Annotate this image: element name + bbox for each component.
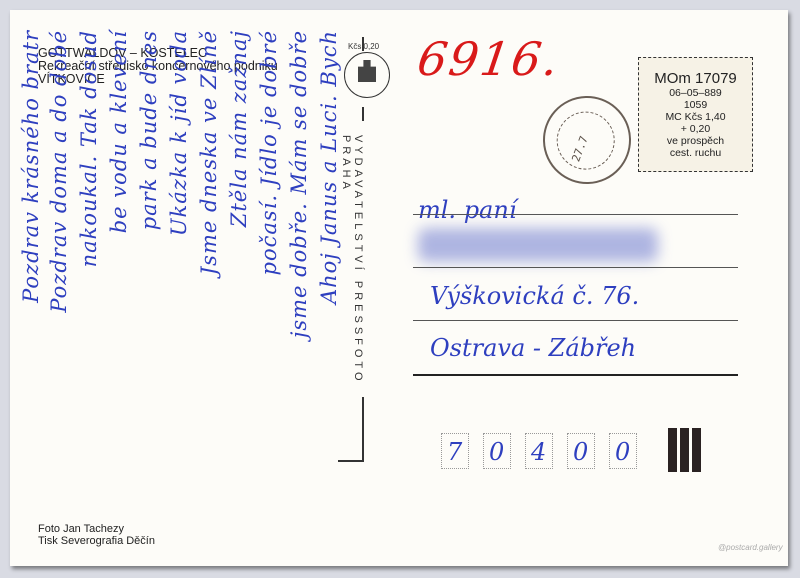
message-line: jsme dobře. Mám se dobře: [287, 30, 311, 338]
message-line: Jsme dneska ve Zlíně: [197, 30, 221, 275]
message-line: Pozdrav doma a do dobé: [47, 30, 71, 313]
message-line: počasí. Jídlo je dobré: [257, 30, 281, 275]
stamp-line: + 0,20: [639, 123, 752, 135]
zip-digit: 7: [447, 438, 462, 466]
emblem-value: Kčs 0,20: [348, 42, 379, 51]
address-salutation: ml. paní: [418, 196, 517, 224]
message-line: be vodu a klevení: [107, 30, 131, 233]
zip-digit: 0: [615, 438, 630, 466]
stamp-line: MC Kčs 1,40: [639, 111, 752, 123]
stamp-line: ve prospěch: [639, 135, 752, 147]
handwritten-message: Ahoj Janus a Luci. Bych jsme dobře. Mám …: [25, 30, 335, 550]
stamp-code: MOm 17079: [639, 71, 752, 87]
message-line: Ztěla nám zažnaj: [227, 30, 251, 227]
watermark: @postcard.gallery: [718, 543, 783, 552]
redacted-name: [418, 228, 658, 262]
message-line: Pozdrav krásného bratr: [19, 30, 43, 303]
stamp-line: 1059: [639, 99, 752, 111]
message-line: park a bude dnes: [137, 30, 161, 230]
credit-line: Foto Jan Tachezy: [38, 523, 155, 535]
credit-line: Tisk Severografia Děčín: [38, 535, 155, 547]
photo-credit: Foto Jan Tachezy Tisk Severografia Děčín: [38, 523, 155, 547]
divider-foot: [338, 460, 362, 462]
red-inventory-number: 6916.: [414, 32, 563, 86]
address-line: [413, 320, 738, 321]
address-line: [413, 267, 738, 268]
stamp-line: cest. ruchu: [639, 147, 752, 159]
message-line: nakoukal. Tak dosud: [77, 30, 101, 267]
zip-digit: 0: [489, 438, 504, 466]
address-line: [413, 214, 738, 215]
printed-stamp: MOm 17079 06–05–889 1059 MC Kčs 1,40 + 0…: [638, 57, 753, 172]
zip-digit: 4: [531, 438, 546, 466]
stamp-line: 06–05–889: [639, 87, 752, 99]
message-line: Ukázka k jíd voda: [167, 30, 191, 236]
publisher-text: VYDAVATELSTVÍ PRESSFOTO PRAHA: [344, 135, 364, 435]
tourism-emblem: Kčs 0,20: [338, 42, 396, 102]
postal-code-bars: [668, 428, 704, 477]
zip-digit: 0: [573, 438, 588, 466]
address-city: Ostrava - Zábřeh: [430, 334, 636, 362]
address-line: [413, 374, 738, 376]
address-street: Výškovická č. 76.: [430, 282, 639, 310]
